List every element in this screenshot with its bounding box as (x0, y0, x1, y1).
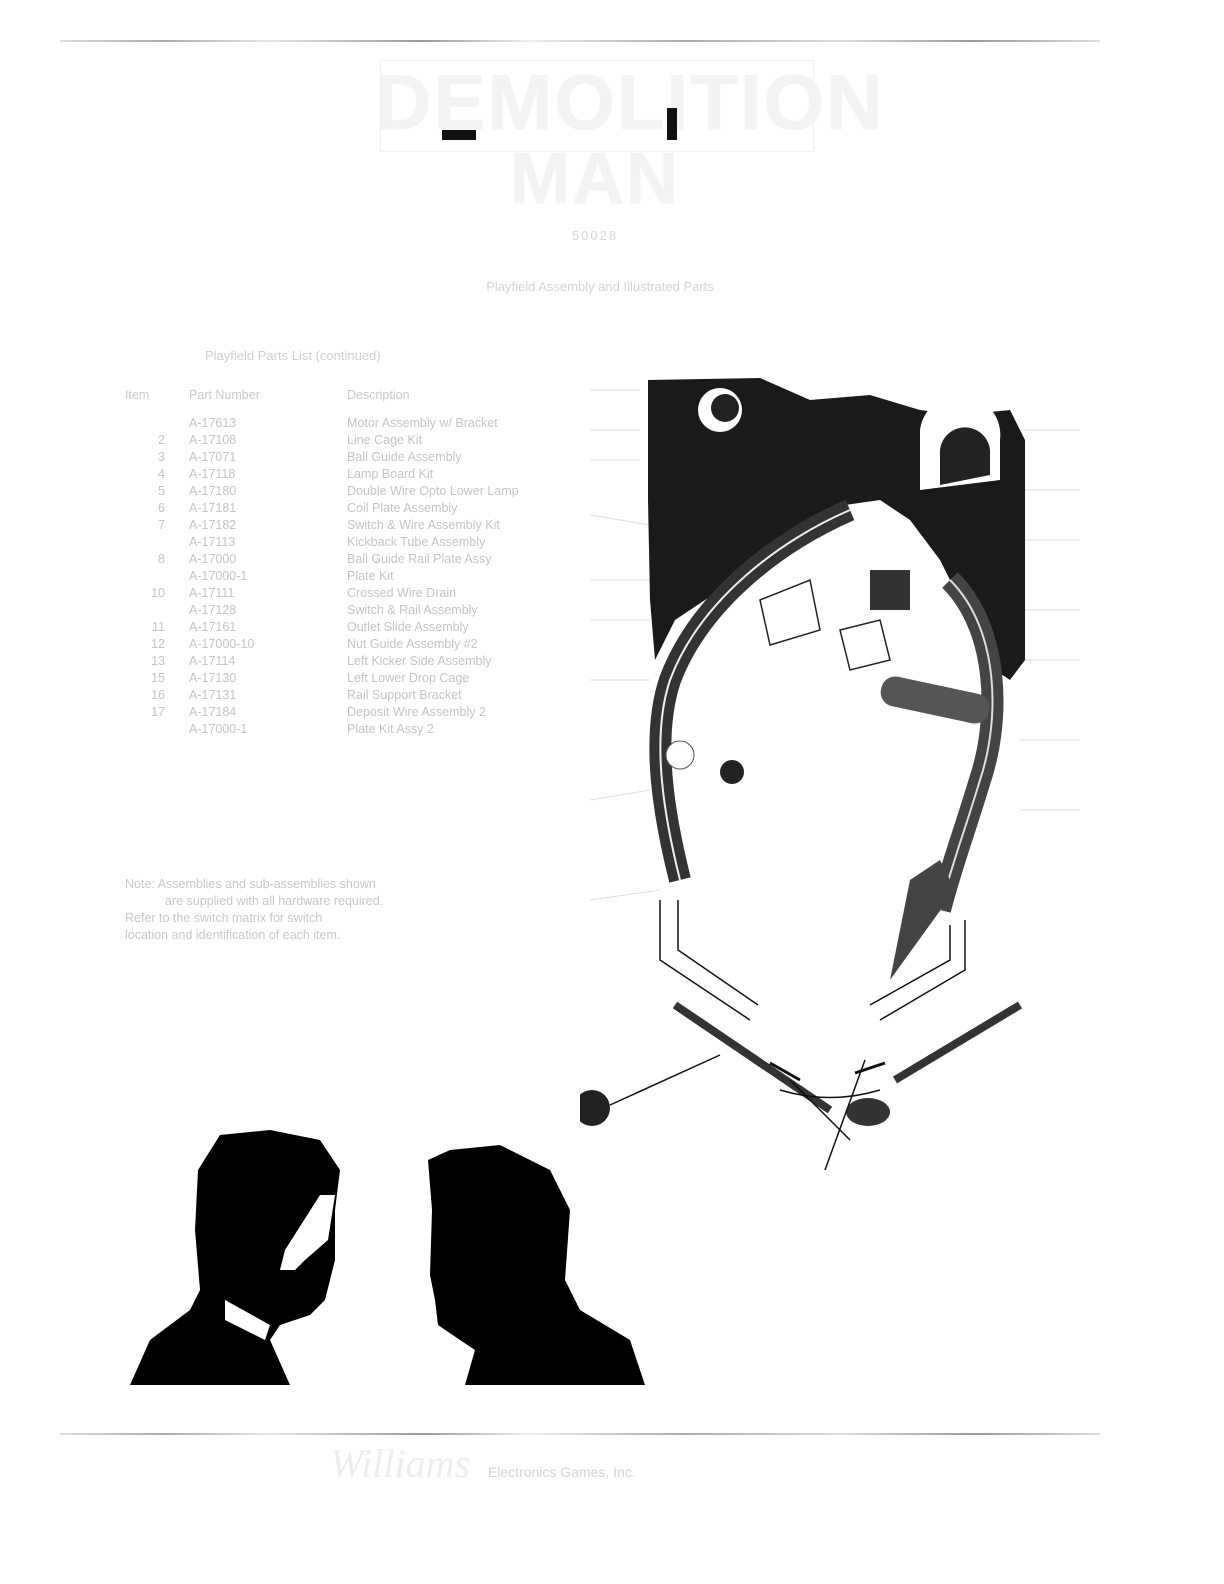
table-row: 16A-17131Rail Support Bracket (125, 687, 597, 704)
bottom-rule (60, 1433, 1100, 1435)
note-line: Note: Assemblies and sub-assemblies show… (125, 876, 505, 893)
ramp-right (940, 580, 992, 910)
row-item: 15 (125, 670, 183, 687)
row-part-number: A-17071 (183, 449, 319, 466)
row-part-number: A-17184 (183, 704, 319, 721)
table-header: Item Part Number Description (125, 388, 597, 415)
left-inlane (660, 900, 758, 1020)
row-description: Left Lower Drop Cage (319, 670, 597, 687)
row-item: 4 (125, 466, 183, 483)
row-part-number: A-17613 (183, 415, 319, 432)
row-part-number: A-17181 (183, 500, 319, 517)
row-description: Crossed Wire Drain (319, 585, 597, 602)
table-row: 2A-17108Line Cage Kit (125, 432, 597, 449)
row-description: Left Kicker Side Assembly (319, 653, 597, 670)
row-description: Motor Assembly w/ Bracket (319, 415, 597, 432)
row-description: Plate Kit (319, 568, 597, 585)
silhouette-left-face (130, 1130, 340, 1385)
title-line-2: MAN (375, 144, 815, 214)
header-part-number: Part Number (183, 388, 319, 415)
table-row: A-17128Switch & Rail Assembly (125, 602, 597, 619)
table-row: 6A-17181Coil Plate Assembly (125, 500, 597, 517)
footer: Williams Electronics Games, Inc. (330, 1440, 636, 1487)
row-item: 13 (125, 653, 183, 670)
row-part-number: A-17118 (183, 466, 319, 483)
row-item: 5 (125, 483, 183, 500)
silhouette-right-face (428, 1145, 645, 1385)
table-row: A-17000-1Plate Kit Assy 2 (125, 721, 597, 738)
row-item: 10 (125, 585, 183, 602)
row-item: 7 (125, 517, 183, 534)
row-item: 16 (125, 687, 183, 704)
row-item: 11 (125, 619, 183, 636)
row-part-number: A-17111 (183, 585, 319, 602)
note-line: are supplied with all hardware required. (125, 893, 505, 910)
game-title: DEMOLITION MAN (375, 60, 815, 214)
row-description: Double Wire Opto Lower Lamp (319, 483, 597, 500)
row-description: Plate Kit Assy 2 (319, 721, 597, 738)
row-part-number: A-17182 (183, 517, 319, 534)
ball-trough (846, 1098, 890, 1126)
row-part-number: A-17000-1 (183, 568, 319, 585)
title-mark-2 (667, 108, 677, 140)
character-silhouettes (120, 1100, 660, 1385)
table-row: 3A-17071Ball Guide Assembly (125, 449, 597, 466)
row-item (125, 602, 183, 619)
table-row: A-17000-1Plate Kit (125, 568, 597, 585)
note-line: Refer to the switch matrix for switch (125, 910, 505, 927)
table-row: 8A-17000Ball Guide Rail Plate Assy (125, 551, 597, 568)
row-description: Nut Guide Assembly #2 (319, 636, 597, 653)
row-item: 12 (125, 636, 183, 653)
table-row: 7A-17182Switch & Wire Assembly Kit (125, 517, 597, 534)
parts-table: Item Part Number Description A-17613Moto… (125, 388, 597, 738)
row-description: Rail Support Bracket (319, 687, 597, 704)
header-description: Description (319, 388, 597, 415)
row-part-number: A-17000-10 (183, 636, 319, 653)
row-description: Outlet Slide Assembly (319, 619, 597, 636)
table-row: A-17113Kickback Tube Assembly (125, 534, 597, 551)
row-description: Switch & Wire Assembly Kit (319, 517, 597, 534)
footer-text: Electronics Games, Inc. (488, 1464, 636, 1480)
table-row: 13A-17114Left Kicker Side Assembly (125, 653, 597, 670)
row-description: Lamp Board Kit (319, 466, 597, 483)
row-part-number: A-17000 (183, 551, 319, 568)
playfield-illustration (580, 300, 1100, 1200)
pop-bumper (720, 760, 744, 784)
row-part-number: A-17114 (183, 653, 319, 670)
top-rule (60, 40, 1100, 42)
row-part-number: A-17130 (183, 670, 319, 687)
williams-logo: Williams (330, 1441, 470, 1486)
row-description: Coil Plate Assembly (319, 500, 597, 517)
row-part-number: A-17131 (183, 687, 319, 704)
row-part-number: A-17108 (183, 432, 319, 449)
table-row: 11A-17161Outlet Slide Assembly (125, 619, 597, 636)
row-item (125, 534, 183, 551)
row-item (125, 721, 183, 738)
row-item (125, 415, 183, 432)
model-number: 50028 (540, 228, 650, 243)
table-row: 15A-17130Left Lower Drop Cage (125, 670, 597, 687)
table-row: 17A-17184Deposit Wire Assembly 2 (125, 704, 597, 721)
table-row: 12A-17000-10Nut Guide Assembly #2 (125, 636, 597, 653)
header-item: Item (125, 388, 183, 415)
table-row: 5A-17180Double Wire Opto Lower Lamp (125, 483, 597, 500)
row-description: Ball Guide Assembly (319, 449, 597, 466)
right-flipper-rail (895, 1005, 1020, 1080)
row-part-number: A-17128 (183, 602, 319, 619)
title-mark-1 (442, 130, 476, 140)
row-item: 8 (125, 551, 183, 568)
table-row: A-17613Motor Assembly w/ Bracket (125, 415, 597, 432)
page-subtitle: Playfield Assembly and Illustrated Parts (430, 279, 770, 294)
left-flipper-rail (675, 1005, 830, 1110)
row-item: 2 (125, 432, 183, 449)
table-row: 4A-17118Lamp Board Kit (125, 466, 597, 483)
row-part-number: A-17180 (183, 483, 319, 500)
row-description: Ball Guide Rail Plate Assy (319, 551, 597, 568)
row-description: Switch & Rail Assembly (319, 602, 597, 619)
row-part-number: A-17113 (183, 534, 319, 551)
row-part-number: A-17000-1 (183, 721, 319, 738)
title-line-1: DEMOLITION (375, 60, 815, 144)
row-item (125, 568, 183, 585)
assembly-note: Note: Assemblies and sub-assemblies show… (125, 876, 505, 944)
cryo-claw (878, 674, 992, 726)
row-description: Deposit Wire Assembly 2 (319, 704, 597, 721)
row-description: Kickback Tube Assembly (319, 534, 597, 551)
row-part-number: A-17161 (183, 619, 319, 636)
note-line: location and identification of each item… (125, 927, 505, 944)
scoop (870, 570, 910, 610)
table-row: 10A-17111Crossed Wire Drain (125, 585, 597, 602)
table-title: Playfield Parts List (continued) (205, 348, 381, 363)
row-item: 17 (125, 704, 183, 721)
row-item: 3 (125, 449, 183, 466)
row-description: Line Cage Kit (319, 432, 597, 449)
row-item: 6 (125, 500, 183, 517)
